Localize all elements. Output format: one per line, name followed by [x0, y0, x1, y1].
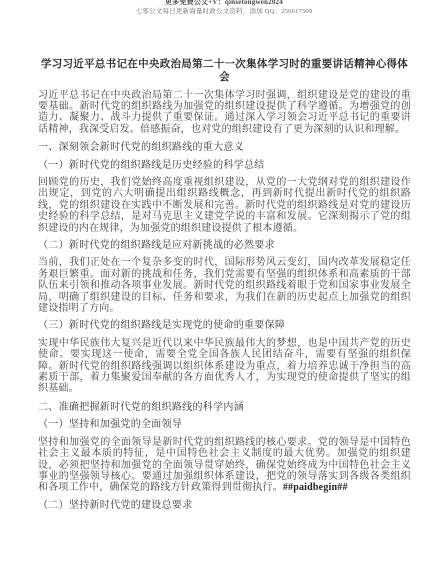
- document-body: 学习习近平总书记在中央政治局第二十一次集体学习时的重要讲话精神心得体会 习近平总…: [0, 58, 448, 512]
- paragraph-2-1-text: 坚持和加强党的全面领导是新时代党的组织路线的核心要求。党的领导是中国特色社会主义…: [38, 437, 411, 494]
- paragraph-intro: 习近平总书记在中央政治局第二十一次集体学习时强调，组织建设是党的建设的重要基础。…: [38, 90, 411, 136]
- section-heading-2: 二、准确把握新时代党的组织路线的科学内涵: [38, 402, 411, 413]
- subsection-heading-1-2: （二）新时代党的组织路线是应对新挑战的必然要求: [38, 240, 411, 251]
- document-title: 学习习近平总书记在中央政治局第二十一次集体学习时的重要讲话精神心得体会: [38, 58, 411, 84]
- document-page: 更多免费公文+V：qinsetongwen2024 七零公文每日更新海量时政公文…: [0, 0, 448, 580]
- paragraph-2-1: 坚持和加强党的全面领导是新时代党的组织路线的核心要求。党的领导是中国特色社会主义…: [38, 437, 411, 494]
- section-heading-1: 一、深刻领会新时代党的组织路线的重大意义: [38, 142, 411, 153]
- subsection-heading-2-1: （一）坚持和加强党的全面领导: [38, 419, 411, 430]
- paragraph-1-2: 当前，我们正处在一个复杂多变的时代，国际形势风云变幻，国内改革发展稳定任务艰巨繁…: [38, 257, 411, 314]
- header-promo-line-1: 更多免费公文+V：qinsetongwen2024: [0, 0, 448, 7]
- page-header: 更多免费公文+V：qinsetongwen2024 七零公文每日更新海量时政公文…: [0, 0, 448, 17]
- paragraph-1-1: 回顾党的历史，我们党始终高度重视组织建设，从党的一大党纲对党的组织建设作出规定，…: [38, 177, 411, 234]
- paidbegin-marker: ##paidbegin##: [283, 482, 348, 493]
- subsection-heading-1-1: （一）新时代党的组织路线是历史经验的科学总结: [38, 160, 411, 171]
- subsection-heading-2-2: （二）坚持新时代党的建设总要求: [38, 500, 411, 511]
- paragraph-1-3: 实现中华民族伟大复兴是近代以来中华民族最伟大的梦想，也是中国共产党的历史使命。要…: [38, 338, 411, 395]
- subsection-heading-1-3: （三）新时代党的组织路线是实现党的使命的重要保障: [38, 320, 411, 331]
- header-promo-line-2: 七零公文每日更新海量时政公文资料，添加 QQ：250617509: [0, 8, 448, 16]
